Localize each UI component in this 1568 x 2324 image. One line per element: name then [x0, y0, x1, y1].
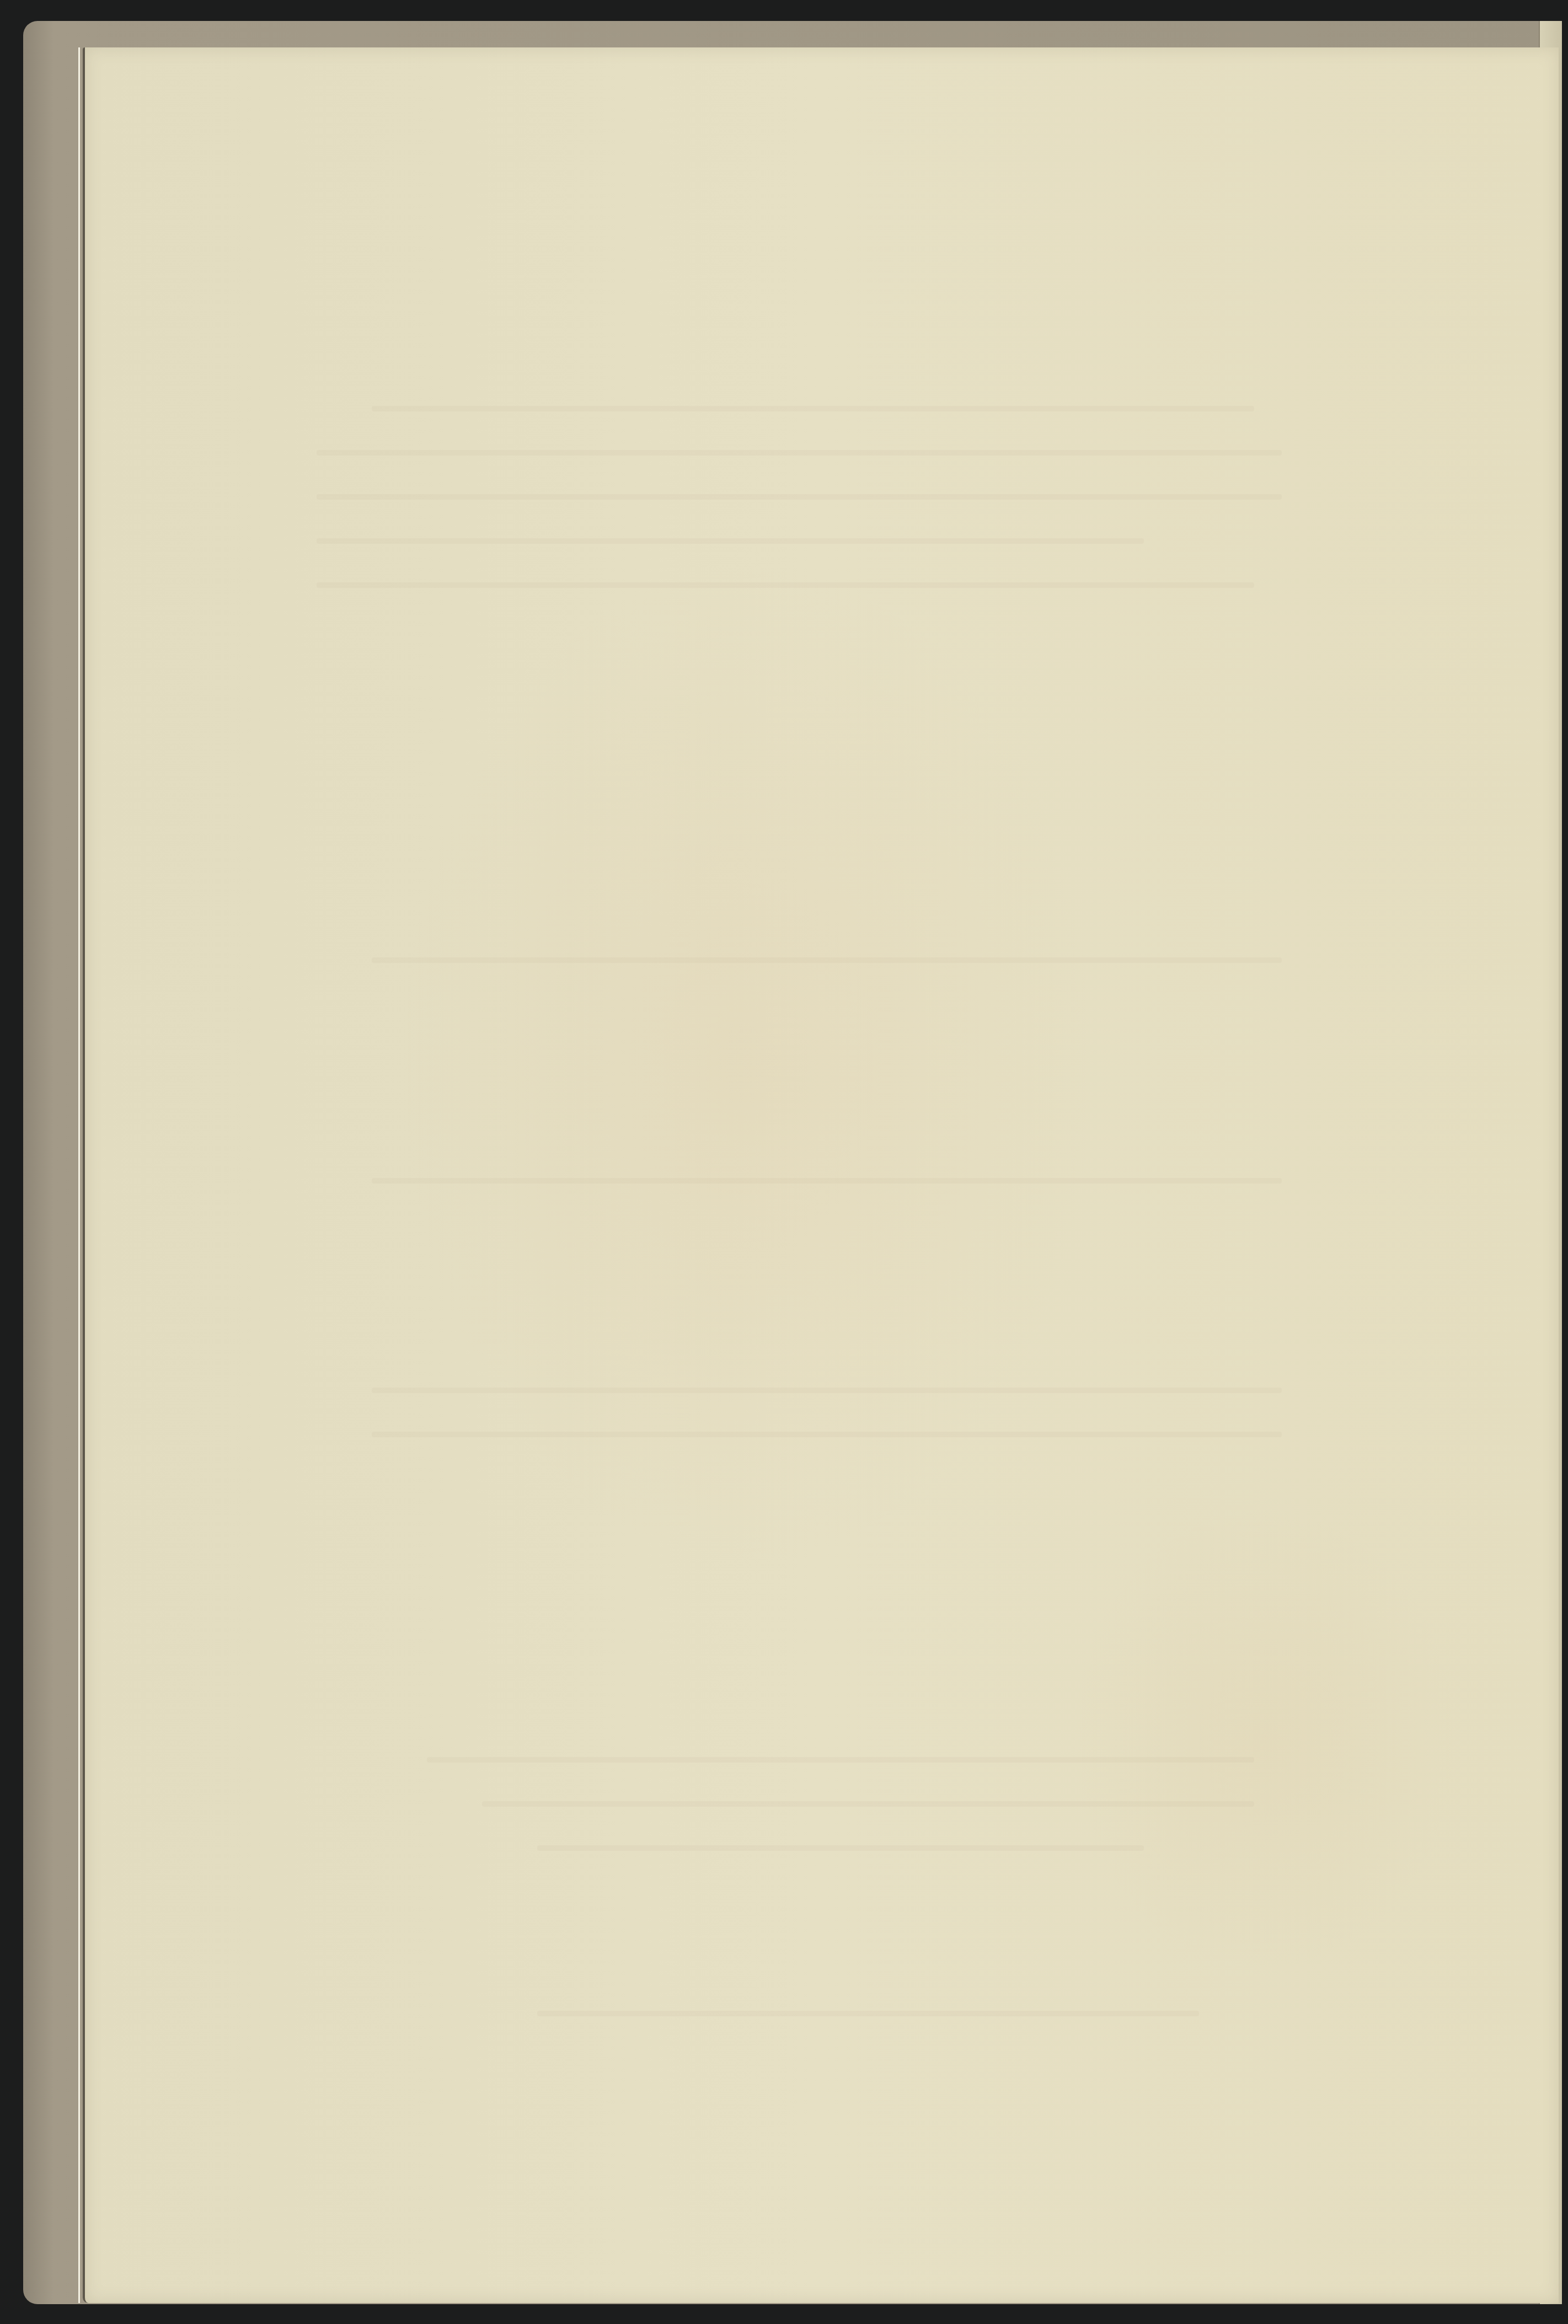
book-cover-board	[23, 21, 1562, 2304]
bleed-through-texture	[85, 47, 1559, 2303]
blank-page	[83, 47, 1559, 2303]
page-gutter-edge	[78, 47, 80, 2303]
